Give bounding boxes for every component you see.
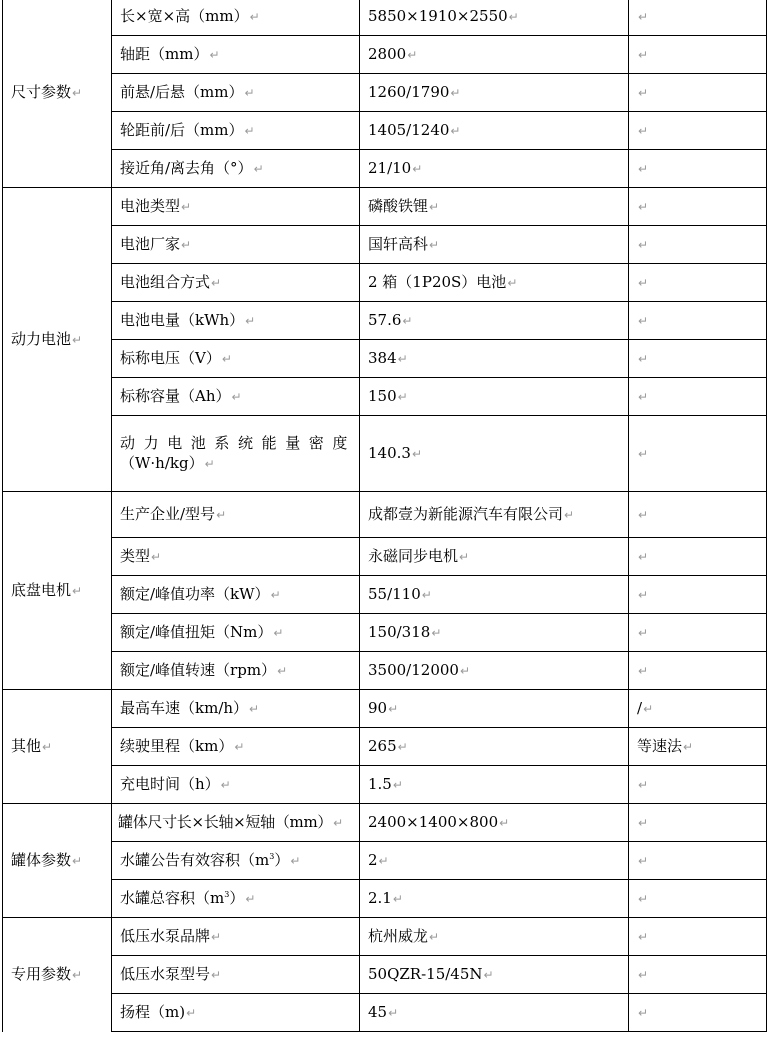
param-value: 2.1 [368,889,392,907]
param-cell: 轮距前/后（mm）↵ [112,112,360,150]
table-row: 续驶里程（km）↵ 265↵ 等速法↵ [3,728,767,766]
param-label: 水罐公告有效容积（m [120,851,269,869]
paragraph-mark-icon: ↵ [72,86,82,100]
param-label: 额定/峰值扭矩（Nm） [120,623,272,641]
note-cell: ↵ [629,378,767,416]
param-cell: 水罐总容积（m3）↵ [112,880,360,918]
paragraph-mark-icon: ↵ [412,162,422,176]
note-cell: /↵ [629,690,767,728]
param-value: 2800 [368,45,406,63]
paragraph-mark-icon: ↵ [638,390,648,404]
value-cell: 1260/1790↵ [360,74,629,112]
paragraph-mark-icon: ↵ [232,390,242,404]
paragraph-mark-icon: ↵ [459,550,469,564]
paragraph-mark-icon: ↵ [638,238,648,252]
value-cell: 5850×1910×2550↵ [360,0,629,36]
param-label: 电池类型 [120,197,180,215]
table-row: 前悬/后悬（mm）↵ 1260/1790↵ ↵ [3,74,767,112]
param-value: 国轩高科 [368,235,428,253]
param-label: 前悬/后悬（mm） [120,83,244,101]
param-label-tail: ） [229,889,244,907]
paragraph-mark-icon: ↵ [151,550,161,564]
paragraph-mark-icon: ↵ [181,200,191,214]
paragraph-mark-icon: ↵ [388,702,398,716]
param-value: 150 [368,387,397,405]
value-cell: 3500/12000↵ [360,652,629,690]
paragraph-mark-icon: ↵ [277,664,287,678]
note-cell: ↵ [629,188,767,226]
table-row: 电池厂家↵ 国轩高科↵ ↵ [3,226,767,264]
value-cell: 384↵ [360,340,629,378]
param-value: 3500/12000 [368,661,459,679]
note-cell: ↵ [629,0,767,36]
paragraph-mark-icon: ↵ [273,626,283,640]
param-label: 标称容量（Ah） [120,387,231,405]
group-cell: 动力电池↵ [3,188,112,492]
paragraph-mark-icon: ↵ [211,968,221,982]
note-cell: ↵ [629,880,767,918]
param-label: 标称电压（V） [120,349,221,367]
paragraph-mark-icon: ↵ [638,626,648,640]
paragraph-mark-icon: ↵ [638,508,648,522]
value-cell: 21/10↵ [360,150,629,188]
param-value: 2 [368,851,378,869]
note-cell: ↵ [629,74,767,112]
table-row: 低压水泵型号↵ 50QZR-15/45N↵ ↵ [3,956,767,994]
note-cell: ↵ [629,766,767,804]
paragraph-mark-icon: ↵ [484,968,494,982]
paragraph-mark-icon: ↵ [181,238,191,252]
paragraph-mark-icon: ↵ [638,276,648,290]
note-cell: ↵ [629,804,767,842]
table-row: 罐体参数↵ 罐体尺寸长×长轴×短轴（mm）↵ 2400×1400×800↵ ↵ [3,804,767,842]
param-label: 电池组合方式 [120,273,210,291]
paragraph-mark-icon: ↵ [379,854,389,868]
paragraph-mark-icon: ↵ [72,584,82,598]
param-value: 2 箱（1P20S）电池 [368,273,506,291]
value-cell: 2800↵ [360,36,629,74]
paragraph-mark-icon: ↵ [638,86,648,100]
note-cell: ↵ [629,652,767,690]
paragraph-mark-icon: ↵ [638,10,648,24]
param-cell: 额定/峰值功率（kW）↵ [112,576,360,614]
param-value: 21/10 [368,159,411,177]
param-value: 1.5 [368,775,392,793]
paragraph-mark-icon: ↵ [509,10,519,24]
paragraph-mark-icon: ↵ [42,740,52,754]
paragraph-mark-icon: ↵ [638,588,648,602]
paragraph-mark-icon: ↵ [72,854,82,868]
paragraph-mark-icon: ↵ [250,10,260,24]
param-label: 长×宽×高（mm） [120,7,249,25]
paragraph-mark-icon: ↵ [638,816,648,830]
param-label: 低压水泵型号 [120,965,210,983]
paragraph-mark-icon: ↵ [643,702,653,716]
paragraph-mark-icon: ↵ [398,352,408,366]
param-label: 额定/峰值功率（kW） [120,585,270,603]
param-cell: 标称电压（V）↵ [112,340,360,378]
value-cell: 57.6↵ [360,302,629,340]
value-cell: 国轩高科↵ [360,226,629,264]
paragraph-mark-icon: ↵ [638,352,648,366]
group-label: 底盘电机 [11,581,71,599]
param-cell: 接近角/离去角（°）↵ [112,150,360,188]
param-label: 电池厂家 [120,235,180,253]
value-cell: 150/318↵ [360,614,629,652]
param-value: 90 [368,699,387,717]
table-row: 水罐总容积（m3）↵ 2.1↵ ↵ [3,880,767,918]
param-value: 384 [368,349,397,367]
paragraph-mark-icon: ↵ [398,740,408,754]
param-cell: 电池类型↵ [112,188,360,226]
param-cell: 罐体尺寸长×长轴×短轴（mm）↵ [112,804,360,842]
param-label-tail: ） [274,851,289,869]
paragraph-mark-icon: ↵ [398,390,408,404]
param-label: 轴距（mm） [120,45,208,63]
note-cell: ↵ [629,994,767,1032]
paragraph-mark-icon: ↵ [72,333,82,347]
group-cell: 专用参数↵ [3,918,112,1032]
param-cell: 额定/峰值转速（rpm）↵ [112,652,360,690]
table-row: 轮距前/后（mm）↵ 1405/1240↵ ↵ [3,112,767,150]
param-value: 45 [368,1003,387,1021]
paragraph-mark-icon: ↵ [564,508,574,522]
param-value: 150/318 [368,623,430,641]
paragraph-mark-icon: ↵ [431,626,441,640]
note-cell: 等速法↵ [629,728,767,766]
table-row: 充电时间（h）↵ 1.5↵ ↵ [3,766,767,804]
paragraph-mark-icon: ↵ [333,816,343,830]
paragraph-mark-icon: ↵ [245,314,255,328]
param-value: 55/110 [368,585,421,603]
paragraph-mark-icon: ↵ [638,200,648,214]
group-cell: 底盘电机↵ [3,492,112,690]
paragraph-mark-icon: ↵ [638,447,648,461]
note-cell: ↵ [629,302,767,340]
paragraph-mark-icon: ↵ [450,86,460,100]
table-row: 标称容量（Ah）↵ 150↵ ↵ [3,378,767,416]
value-cell: 2.1↵ [360,880,629,918]
value-cell: 永磁同步电机↵ [360,538,629,576]
param-label: 罐体尺寸长×长轴×短轴（mm） [118,813,332,831]
paragraph-mark-icon: ↵ [638,162,648,176]
note-cell: ↵ [629,226,767,264]
paragraph-mark-icon: ↵ [221,778,231,792]
paragraph-mark-icon: ↵ [254,162,264,176]
group-label: 动力电池 [11,330,71,348]
paragraph-mark-icon: ↵ [290,854,300,868]
param-value: 1405/1240 [368,121,449,139]
table-row: 额定/峰值扭矩（Nm）↵ 150/318↵ ↵ [3,614,767,652]
paragraph-mark-icon: ↵ [460,664,470,678]
note-cell: ↵ [629,956,767,994]
table-row: 标称电压（V）↵ 384↵ ↵ [3,340,767,378]
param-label: 额定/峰值转速（rpm） [120,661,276,679]
paragraph-mark-icon: ↵ [638,664,648,678]
paragraph-mark-icon: ↵ [638,314,648,328]
table-row: 额定/峰值转速（rpm）↵ 3500/12000↵ ↵ [3,652,767,690]
value-cell: 2↵ [360,842,629,880]
table-row: 电池电量（kWh）↵ 57.6↵ ↵ [3,302,767,340]
value-cell: 50QZR-15/45N↵ [360,956,629,994]
paragraph-mark-icon: ↵ [205,457,215,471]
param-cell: 电池组合方式↵ [112,264,360,302]
value-cell: 2 箱（1P20S）电池↵ [360,264,629,302]
paragraph-mark-icon: ↵ [209,48,219,62]
param-value: 5850×1910×2550 [368,7,508,25]
paragraph-mark-icon: ↵ [638,930,648,944]
table-row: 水罐公告有效容积（m3）↵ 2↵ ↵ [3,842,767,880]
paragraph-mark-icon: ↵ [271,588,281,602]
table-row: 专用参数↵ 低压水泵品牌↵ 杭州威龙↵ ↵ [3,918,767,956]
paragraph-mark-icon: ↵ [249,702,259,716]
param-cell: 动力电池系统能量密度（W·h/kg）↵ [112,416,360,492]
param-label: 最高车速（km/h） [120,699,248,717]
note-cell: ↵ [629,842,767,880]
spec-document: 尺寸参数↵ 长×宽×高（mm）↵ 5850×1910×2550↵ ↵ 轴距（mm… [2,0,766,1032]
param-cell: 充电时间（h）↵ [112,766,360,804]
paragraph-mark-icon: ↵ [683,740,693,754]
table-row: 其他↵ 最高车速（km/h）↵ 90↵ /↵ [3,690,767,728]
value-cell: 成都壹为新能源汽车有限公司↵ [360,492,629,538]
param-cell: 最高车速（km/h）↵ [112,690,360,728]
table-row: 接近角/离去角（°）↵ 21/10↵ ↵ [3,150,767,188]
param-cell: 低压水泵品牌↵ [112,918,360,956]
param-cell: 类型↵ [112,538,360,576]
param-label: 接近角/离去角（°） [120,159,253,177]
param-value: 杭州威龙 [368,927,428,945]
value-cell: 磷酸铁锂↵ [360,188,629,226]
value-cell: 杭州威龙↵ [360,918,629,956]
paragraph-mark-icon: ↵ [72,968,82,982]
param-label: 水罐总容积（m [120,889,224,907]
table-row: 动力电池系统能量密度（W·h/kg）↵ 140.3↵ ↵ [3,416,767,492]
paragraph-mark-icon: ↵ [216,508,226,522]
group-cell: 罐体参数↵ [3,804,112,918]
param-label: 充电时间（h） [120,775,220,793]
paragraph-mark-icon: ↵ [245,124,255,138]
paragraph-mark-icon: ↵ [429,238,439,252]
param-label: 类型 [120,547,150,565]
param-value: 1260/1790 [368,83,449,101]
paragraph-mark-icon: ↵ [393,892,403,906]
value-cell: 1.5↵ [360,766,629,804]
note-cell: ↵ [629,112,767,150]
note-cell: ↵ [629,264,767,302]
table-row: 底盘电机↵ 生产企业/型号↵ 成都壹为新能源汽车有限公司↵ ↵ [3,492,767,538]
param-label: 扬程（m) [120,1003,185,1021]
value-cell: 45↵ [360,994,629,1032]
note-cell: ↵ [629,36,767,74]
paragraph-mark-icon: ↵ [429,200,439,214]
paragraph-mark-icon: ↵ [638,778,648,792]
param-label: 生产企业/型号 [120,505,215,523]
paragraph-mark-icon: ↵ [507,276,517,290]
group-label: 尺寸参数 [11,83,71,101]
paragraph-mark-icon: ↵ [388,1006,398,1020]
spec-table: 尺寸参数↵ 长×宽×高（mm）↵ 5850×1910×2550↵ ↵ 轴距（mm… [2,0,767,1032]
value-cell: 55/110↵ [360,576,629,614]
group-cell: 尺寸参数↵ [3,0,112,188]
param-value: 57.6 [368,311,401,329]
note-cell: ↵ [629,150,767,188]
param-label-unit: （W·h/kg） [120,454,204,472]
note-cell: ↵ [629,576,767,614]
paragraph-mark-icon: ↵ [499,816,509,830]
param-value: 成都壹为新能源汽车有限公司 [368,505,563,523]
param-value: 265 [368,737,397,755]
table-row: 类型↵ 永磁同步电机↵ ↵ [3,538,767,576]
paragraph-mark-icon: ↵ [186,1006,196,1020]
value-cell: 90↵ [360,690,629,728]
table-row: 动力电池↵ 电池类型↵ 磷酸铁锂↵ ↵ [3,188,767,226]
paragraph-mark-icon: ↵ [222,352,232,366]
param-cell: 生产企业/型号↵ [112,492,360,538]
paragraph-mark-icon: ↵ [234,740,244,754]
note-cell: ↵ [629,416,767,492]
value-cell: 140.3↵ [360,416,629,492]
group-label: 专用参数 [11,965,71,983]
param-cell: 水罐公告有效容积（m3）↵ [112,842,360,880]
paragraph-mark-icon: ↵ [211,930,221,944]
note-cell: ↵ [629,918,767,956]
param-value: 2400×1400×800 [368,813,498,831]
paragraph-mark-icon: ↵ [638,968,648,982]
paragraph-mark-icon: ↵ [245,892,255,906]
param-label: 电池电量（kWh） [120,311,244,329]
param-value: 永磁同步电机 [368,547,458,565]
table-row: 扬程（m)↵ 45↵ ↵ [3,994,767,1032]
value-cell: 1405/1240↵ [360,112,629,150]
paragraph-mark-icon: ↵ [638,48,648,62]
value-cell: 2400×1400×800↵ [360,804,629,842]
param-cell: 额定/峰值扭矩（Nm）↵ [112,614,360,652]
param-note: 等速法 [637,737,682,755]
value-cell: 265↵ [360,728,629,766]
param-label: 续驶里程（km） [120,737,233,755]
paragraph-mark-icon: ↵ [638,124,648,138]
paragraph-mark-icon: ↵ [638,550,648,564]
table-row: 轴距（mm）↵ 2800↵ ↵ [3,36,767,74]
param-cell: 标称容量（Ah）↵ [112,378,360,416]
param-cell: 电池厂家↵ [112,226,360,264]
note-cell: ↵ [629,538,767,576]
table-row: 额定/峰值功率（kW）↵ 55/110↵ ↵ [3,576,767,614]
group-label: 其他 [11,737,41,755]
note-cell: ↵ [629,340,767,378]
paragraph-mark-icon: ↵ [245,86,255,100]
paragraph-mark-icon: ↵ [638,892,648,906]
param-note: / [637,699,642,717]
note-cell: ↵ [629,614,767,652]
param-value: 磷酸铁锂 [368,197,428,215]
paragraph-mark-icon: ↵ [211,276,221,290]
group-label: 罐体参数 [11,851,71,869]
paragraph-mark-icon: ↵ [393,778,403,792]
paragraph-mark-icon: ↵ [638,1006,648,1020]
param-cell: 长×宽×高（mm）↵ [112,0,360,36]
table-row: 电池组合方式↵ 2 箱（1P20S）电池↵ ↵ [3,264,767,302]
param-cell: 电池电量（kWh）↵ [112,302,360,340]
paragraph-mark-icon: ↵ [450,124,460,138]
paragraph-mark-icon: ↵ [429,930,439,944]
param-value: 140.3 [368,444,411,462]
param-cell: 前悬/后悬（mm）↵ [112,74,360,112]
param-label: 轮距前/后（mm） [120,121,244,139]
value-cell: 150↵ [360,378,629,416]
group-cell: 其他↵ [3,690,112,804]
paragraph-mark-icon: ↵ [638,854,648,868]
param-cell: 续驶里程（km）↵ [112,728,360,766]
paragraph-mark-icon: ↵ [407,48,417,62]
param-cell: 扬程（m)↵ [112,994,360,1032]
paragraph-mark-icon: ↵ [412,447,422,461]
note-cell: ↵ [629,492,767,538]
paragraph-mark-icon: ↵ [422,588,432,602]
param-cell: 低压水泵型号↵ [112,956,360,994]
param-label: 动力电池系统能量密度 [120,434,356,452]
param-value: 50QZR-15/45N [368,965,483,983]
table-row: 尺寸参数↵ 长×宽×高（mm）↵ 5850×1910×2550↵ ↵ [3,0,767,36]
param-label: 低压水泵品牌 [120,927,210,945]
param-cell: 轴距（mm）↵ [112,36,360,74]
paragraph-mark-icon: ↵ [402,314,412,328]
